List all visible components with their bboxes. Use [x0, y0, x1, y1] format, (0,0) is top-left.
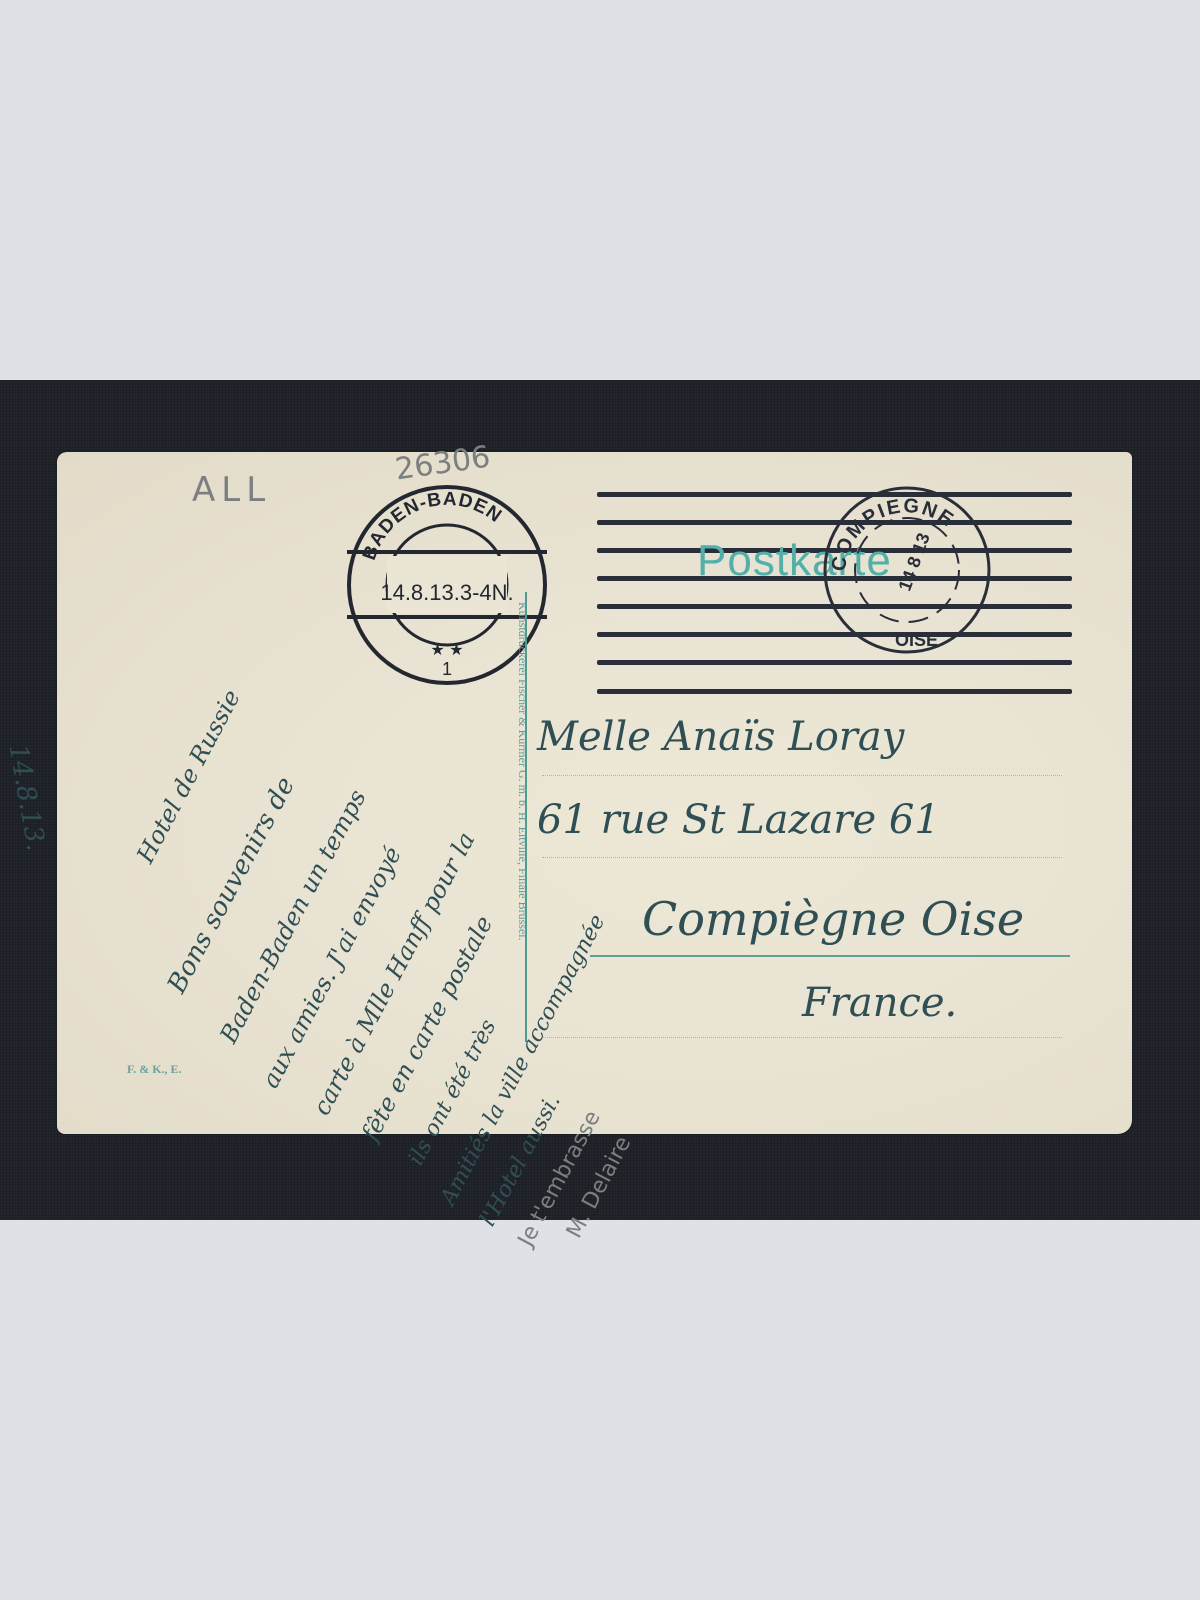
svg-text:OISE: OISE [895, 630, 938, 650]
pencil-note: ALL [192, 470, 271, 510]
svg-text:COMPIEGNE: COMPIEGNE [828, 495, 959, 573]
address-line-2: 61 rue St Lazare 61 [537, 797, 940, 843]
address-line-3: Compiègne Oise [642, 892, 1024, 946]
address-line-1: Melle Anaïs Loray [537, 714, 904, 760]
svg-text:14 8 13: 14 8 13 [895, 530, 934, 593]
postcard: Postkarte COMPIEGNE OISE 14 8 13 BADEN-B… [57, 452, 1132, 1134]
svg-text:★ ★: ★ ★ [430, 642, 463, 659]
address-guide-2 [542, 857, 1062, 858]
address-line-4: France. [802, 980, 957, 1026]
svg-text:1: 1 [442, 659, 452, 679]
publisher-mark: F. & K., E. [127, 1062, 182, 1077]
message-line: Hotel de Russie [131, 567, 308, 867]
address-guide-1 [542, 775, 1062, 776]
compiegne-postmark: COMPIEGNE OISE 14 8 13 [817, 480, 997, 660]
svg-text:14.8.13.3-4N.: 14.8.13.3-4N. [380, 580, 513, 605]
